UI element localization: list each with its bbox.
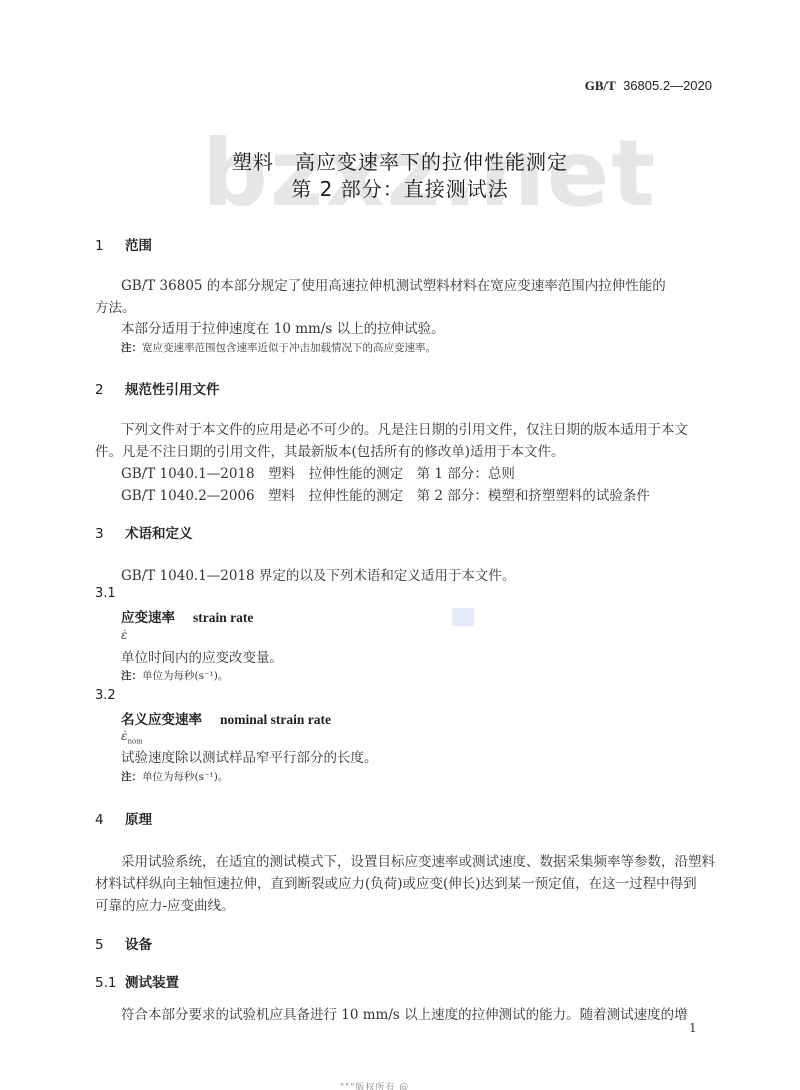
- section-number: 3: [95, 526, 125, 542]
- section-title: 原理: [125, 812, 152, 828]
- section-3-intro: GB/T 1040.1—2018 界定的以及下列术语和定义适用于本文件。: [121, 564, 515, 584]
- term-3-1-symbol: ε̇: [121, 628, 127, 642]
- section-number: 2: [95, 382, 125, 398]
- clause-3-2-number: 3.2: [95, 688, 116, 703]
- reference-item: GB/T 1040.2—2006 塑料 拉伸性能的测定 第 2 部分：模塑和挤塑…: [121, 484, 650, 504]
- section-number: 5.1: [95, 975, 125, 991]
- section-2-para1-line2: 件。凡是不注日期的引用文件，其最新版本(包括所有的修改单)适用于本文件。: [95, 440, 565, 460]
- term-3-1-note: 注：单位为每秒(s⁻¹)。: [121, 668, 228, 683]
- note-label: 注：: [121, 670, 142, 682]
- standard-number: 36805.2—2020: [623, 78, 712, 93]
- reference-item: GB/T 1040.1—2018 塑料 拉伸性能的测定 第 1 部分：总则: [121, 462, 515, 482]
- term-3-2-note: 注：单位为每秒(s⁻¹)。: [121, 769, 228, 784]
- note-text: 宽应变速率范围包含速率近似于冲击加载情况下的高应变速率。: [142, 342, 436, 354]
- section-number: 5: [95, 937, 125, 953]
- term-zh: 应变速率: [121, 610, 175, 626]
- section-title: 设备: [125, 937, 152, 953]
- section-number: 4: [95, 812, 125, 828]
- term-3-2: 名义应变速率nominal strain rate: [121, 708, 331, 728]
- standard-prefix: GB/T: [585, 78, 616, 93]
- section-3-heading: 3术语和定义: [95, 522, 193, 542]
- standard-code: GB/T 36805.2—2020: [585, 78, 712, 94]
- section-2-para1-line1: 下列文件对于本文件的应用是必不可少的。凡是注日期的引用文件，仅注日期的版本适用于…: [121, 418, 688, 438]
- section-5-1-line1: 符合本部分要求的试验机应具备进行 10 mm/s 以上速度的拉伸测试的能力。随着…: [121, 1003, 688, 1023]
- page-number: 1: [689, 1021, 697, 1035]
- section-4-line1: 采用试验系统，在适宜的测试模式下，设置目标应变速率或测试速度、数据采集频率等参数…: [121, 850, 715, 870]
- section-2-heading: 2规范性引用文件: [95, 378, 220, 398]
- section-1-para2: 本部分适用于拉伸速度在 10 mm/s 以上的拉伸试验。: [121, 317, 445, 337]
- term-3-2-definition: 试验速度除以测试样品窄平行部分的长度。: [121, 746, 378, 766]
- document-page: GB/T 36805.2—2020 bzxz.net 塑料 高应变速率下的拉伸性…: [0, 0, 800, 1090]
- stamp-badge: [452, 608, 474, 626]
- section-5-1-heading: 5.1测试装置: [95, 971, 179, 991]
- section-4-heading: 4原理: [95, 808, 152, 828]
- symbol-subscript: nom: [127, 737, 142, 745]
- section-title: 范围: [125, 238, 152, 254]
- note-label: 注：: [121, 771, 142, 783]
- term-3-1-definition: 单位时间内的应变改变量。: [121, 646, 283, 666]
- section-4-line3: 可靠的应力-应变曲线。: [95, 894, 235, 914]
- section-1-note: 注：宽应变速率范围包含速率近似于冲击加载情况下的高应变速率。: [121, 340, 436, 355]
- section-number: 1: [95, 238, 125, 254]
- term-en: strain rate: [193, 610, 253, 625]
- document-title-line2: 第 2 部分：直接测试法: [0, 173, 800, 202]
- section-title: 规范性引用文件: [125, 382, 220, 398]
- note-text: 单位为每秒(s⁻¹)。: [142, 670, 228, 682]
- section-1-heading: 1范围: [95, 234, 152, 254]
- section-title: 术语和定义: [125, 526, 193, 542]
- term-3-2-symbol: ε̇nom: [121, 729, 143, 745]
- note-label: 注：: [121, 342, 142, 354]
- clause-3-1-number: 3.1: [95, 586, 116, 601]
- term-en: nominal strain rate: [220, 712, 331, 727]
- section-title: 测试装置: [125, 975, 179, 991]
- section-1-para1-line2: 方法。: [95, 296, 136, 316]
- note-text: 单位为每秒(s⁻¹)。: [142, 771, 228, 783]
- section-1-para1-line1: GB/T 36805 的本部分规定了使用高速拉伸机测试塑料材料在宽应变速率范围内…: [121, 274, 666, 294]
- symbol: ε̇: [121, 628, 127, 642]
- section-5-heading: 5设备: [95, 933, 152, 953]
- footer-fragment: """版权所有 @: [340, 1080, 409, 1090]
- section-4-line2: 材料试样纵向主轴恒速拉伸，直到断裂或应力(负荷)或应变(伸长)达到某一预定值，在…: [95, 872, 697, 892]
- term-3-1: 应变速率strain rate: [121, 606, 253, 626]
- term-zh: 名义应变速率: [121, 712, 202, 728]
- document-title-line1: 塑料 高应变速率下的拉伸性能测定: [0, 146, 800, 175]
